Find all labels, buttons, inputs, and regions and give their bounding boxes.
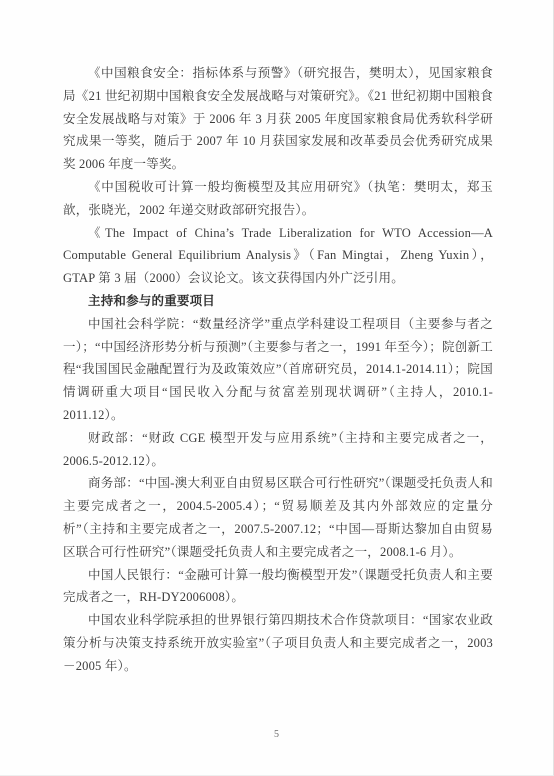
document-content: 《中国粮食安全：指标体系与预警》（研究报告，樊明太），见国家粮食局《21 世纪初… <box>63 62 493 678</box>
paragraph-project-ministry-of-finance: 财政部：“财政 CGE 模型开发与应用系统”（主持和主要完成者之一，2006.5… <box>63 427 493 473</box>
paragraph-project-ministry-of-commerce: 商务部：“中国-澳大利亚自由贸易区联合可行性研究”（课题受托负责人和主要完成者之… <box>63 472 493 563</box>
paragraph-publication-tax-cge: 《中国税收可计算一般均衡模型及其应用研究》（执笔：樊明太，郑玉歆，张晓光，200… <box>63 176 493 222</box>
paragraph-publication-food-security: 《中国粮食安全：指标体系与预警》（研究报告，樊明太），见国家粮食局《21 世纪初… <box>63 62 493 176</box>
section-heading-major-projects: 主持和参与的重要项目 <box>63 290 493 313</box>
paragraph-project-cass: 中国社会科学院：“数量经济学”重点学科建设工程项目（主要参与者之一）；“中国经济… <box>63 313 493 427</box>
paragraph-project-agri-academy: 中国农业科学院承担的世界银行第四期技术合作贷款项目：“国家农业政策分析与决策支持… <box>63 609 493 677</box>
paragraph-project-peoples-bank: 中国人民银行：“金融可计算一般均衡模型开发”（课题受托负责人和主要完成者之一，R… <box>63 564 493 610</box>
paragraph-publication-wto-paper: 《The Impact of China’s Trade Liberalizat… <box>63 222 493 290</box>
page-number: 5 <box>0 729 553 740</box>
document-page: 《中国粮食安全：指标体系与预警》（研究报告，樊明太），见国家粮食局《21 世纪初… <box>0 0 554 776</box>
